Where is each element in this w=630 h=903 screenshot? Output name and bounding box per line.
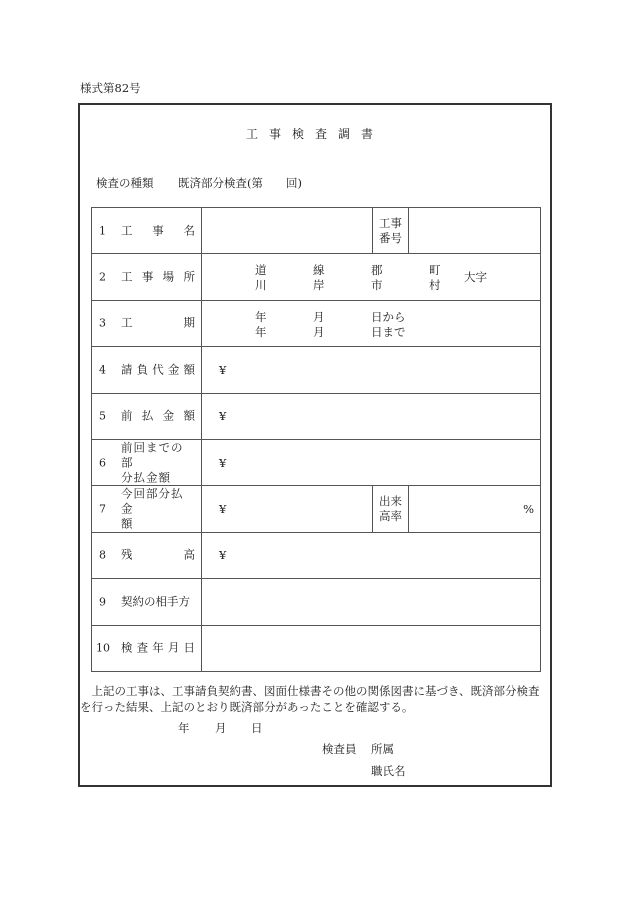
row-label: 10 検査年月日 [92, 625, 202, 671]
row-number: 3 [99, 317, 106, 330]
current-partial-payment-field[interactable]: ¥ [202, 486, 373, 532]
row-number: 8 [99, 549, 106, 562]
location-col-town: 町村 [429, 263, 441, 293]
row-label: 4 請負代金額 [92, 347, 202, 393]
row-label-text: 前払金額 [121, 409, 195, 424]
label-line: 工事 [373, 216, 408, 231]
construction-number-label: 工事 番号 [373, 208, 409, 254]
location-oaza: 大字 [464, 270, 487, 285]
inspection-type-label: 検査の種類 [96, 175, 154, 191]
advance-payment-field[interactable]: ¥ [202, 393, 541, 439]
table-row-previous-partial-payment: 6 前回までの部分払金額 ¥ [92, 439, 541, 485]
row-label-text: 工事場所 [121, 270, 195, 285]
date-month: 月 [215, 720, 251, 736]
row-label: 1 工事名 [92, 208, 202, 254]
construction-number-field[interactable] [409, 208, 541, 254]
affiliation-label: 所属 [371, 741, 394, 757]
label-line: 高率 [373, 509, 408, 524]
construction-name-field[interactable] [202, 208, 373, 254]
balance-field[interactable]: ¥ [202, 532, 541, 578]
construction-location-field[interactable]: 道川 線岸 郡市 町村 大字 [202, 254, 541, 300]
row-label: 9 契約の相手方 [92, 579, 202, 625]
row-number: 6 [99, 456, 106, 469]
period-day: 日から日まで [371, 310, 406, 340]
table-row-advance-payment: 5 前払金額 ¥ [92, 393, 541, 439]
date-day: 日 [251, 720, 263, 736]
row-label: 5 前払金額 [92, 393, 202, 439]
table-row-construction-location: 2 工事場所 道川 線岸 郡市 町村 大字 [92, 254, 541, 300]
date-year: 年 [178, 720, 215, 736]
table-row-contractor: 9 契約の相手方 [92, 579, 541, 625]
document-title: 工事検査調書 [78, 125, 552, 142]
construction-period-field[interactable]: 年年 月月 日から日まで [202, 300, 541, 346]
location-col-road: 道川 [255, 263, 267, 293]
row-label-text: 工期 [121, 316, 195, 331]
table-row-current-partial-payment: 7 今回部分払金額 ¥ 出来 高率 % [92, 486, 541, 532]
row-label: 2 工事場所 [92, 254, 202, 300]
row-label: 7 今回部分払金額 [92, 486, 202, 532]
row-number: 1 [99, 224, 106, 237]
date-line: 年月日 [178, 720, 263, 736]
row-number: 9 [99, 595, 106, 608]
completion-rate-field[interactable]: % [409, 486, 541, 532]
row-label: 3 工期 [92, 300, 202, 346]
completion-rate-label: 出来 高率 [373, 486, 409, 532]
row-label: 8 残高 [92, 532, 202, 578]
row-number: 4 [99, 363, 106, 376]
form-number: 様式第82号 [80, 80, 141, 96]
inspector-label: 検査員 [322, 741, 357, 757]
inspection-date-field[interactable] [202, 625, 541, 671]
row-label-text: 工事名 [121, 223, 195, 238]
row-label: 6 前回までの部分払金額 [92, 439, 202, 485]
row-label-text: 検査年月日 [121, 641, 195, 656]
table-row-construction-period: 3 工期 年年 月月 日から日まで [92, 300, 541, 346]
row-label-text: 前回までの部分払金額 [121, 440, 195, 485]
contract-amount-field[interactable]: ¥ [202, 347, 541, 393]
table-row-construction-name: 1 工事名 工事 番号 [92, 208, 541, 254]
label-line: 番号 [373, 231, 408, 246]
row-label-text: 残高 [121, 548, 195, 563]
row-number: 2 [99, 271, 106, 284]
contractor-field[interactable] [202, 579, 541, 625]
declaration-text: 上記の工事は、工事請負契約書、図面仕様書その他の関係図書に基づき、既済部分検査を… [80, 683, 550, 715]
table-row-balance: 8 残高 ¥ [92, 532, 541, 578]
name-label: 職氏名 [371, 763, 406, 779]
label-line: 出来 [373, 494, 408, 509]
location-col-county: 郡市 [371, 263, 383, 293]
table-row-contract-amount: 4 請負代金額 ¥ [92, 347, 541, 393]
table-row-inspection-date: 10 検査年月日 [92, 625, 541, 671]
row-number: 7 [99, 503, 106, 516]
inspection-type-value: 既済部分検査(第 回) [178, 175, 302, 191]
row-label-text: 契約の相手方 [121, 594, 195, 609]
row-label-text: 請負代金額 [121, 362, 195, 377]
previous-partial-payment-field[interactable]: ¥ [202, 439, 541, 485]
row-label-text: 今回部分払金額 [121, 487, 195, 532]
period-year: 年年 [255, 310, 267, 340]
row-number: 5 [99, 410, 106, 423]
period-month: 月月 [313, 310, 325, 340]
row-number: 10 [96, 642, 110, 655]
inspection-table: 1 工事名 工事 番号 2 工事場所 道川 線岸 郡市 町村 大字 3 工期 年… [91, 207, 541, 672]
location-col-line: 線岸 [313, 263, 325, 293]
